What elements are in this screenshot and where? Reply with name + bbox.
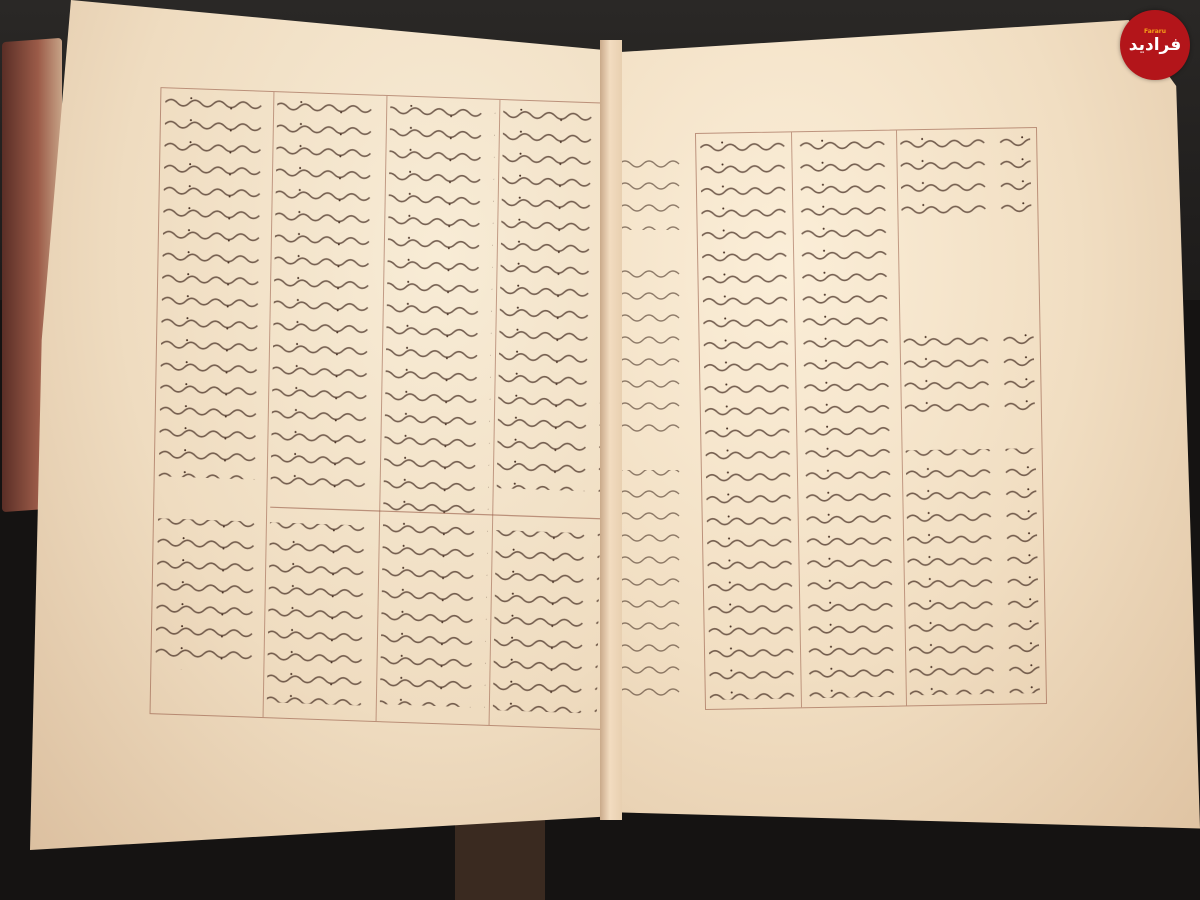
book-stand bbox=[455, 820, 545, 900]
left-text-frame bbox=[150, 87, 613, 730]
manuscript-photo bbox=[0, 0, 1200, 900]
calligraphy-lines bbox=[696, 128, 1046, 709]
logo-label: فرادید bbox=[1129, 35, 1181, 55]
margin-notes bbox=[615, 150, 695, 710]
right-text-frame bbox=[695, 127, 1047, 710]
book-gutter bbox=[600, 40, 622, 820]
logo-sublabel: Fararu bbox=[1144, 28, 1166, 35]
left-page bbox=[30, 0, 615, 850]
fararu-logo[interactable]: Fararu فرادید bbox=[1120, 10, 1190, 80]
right-page bbox=[605, 20, 1200, 845]
calligraphy-lines bbox=[151, 88, 612, 729]
